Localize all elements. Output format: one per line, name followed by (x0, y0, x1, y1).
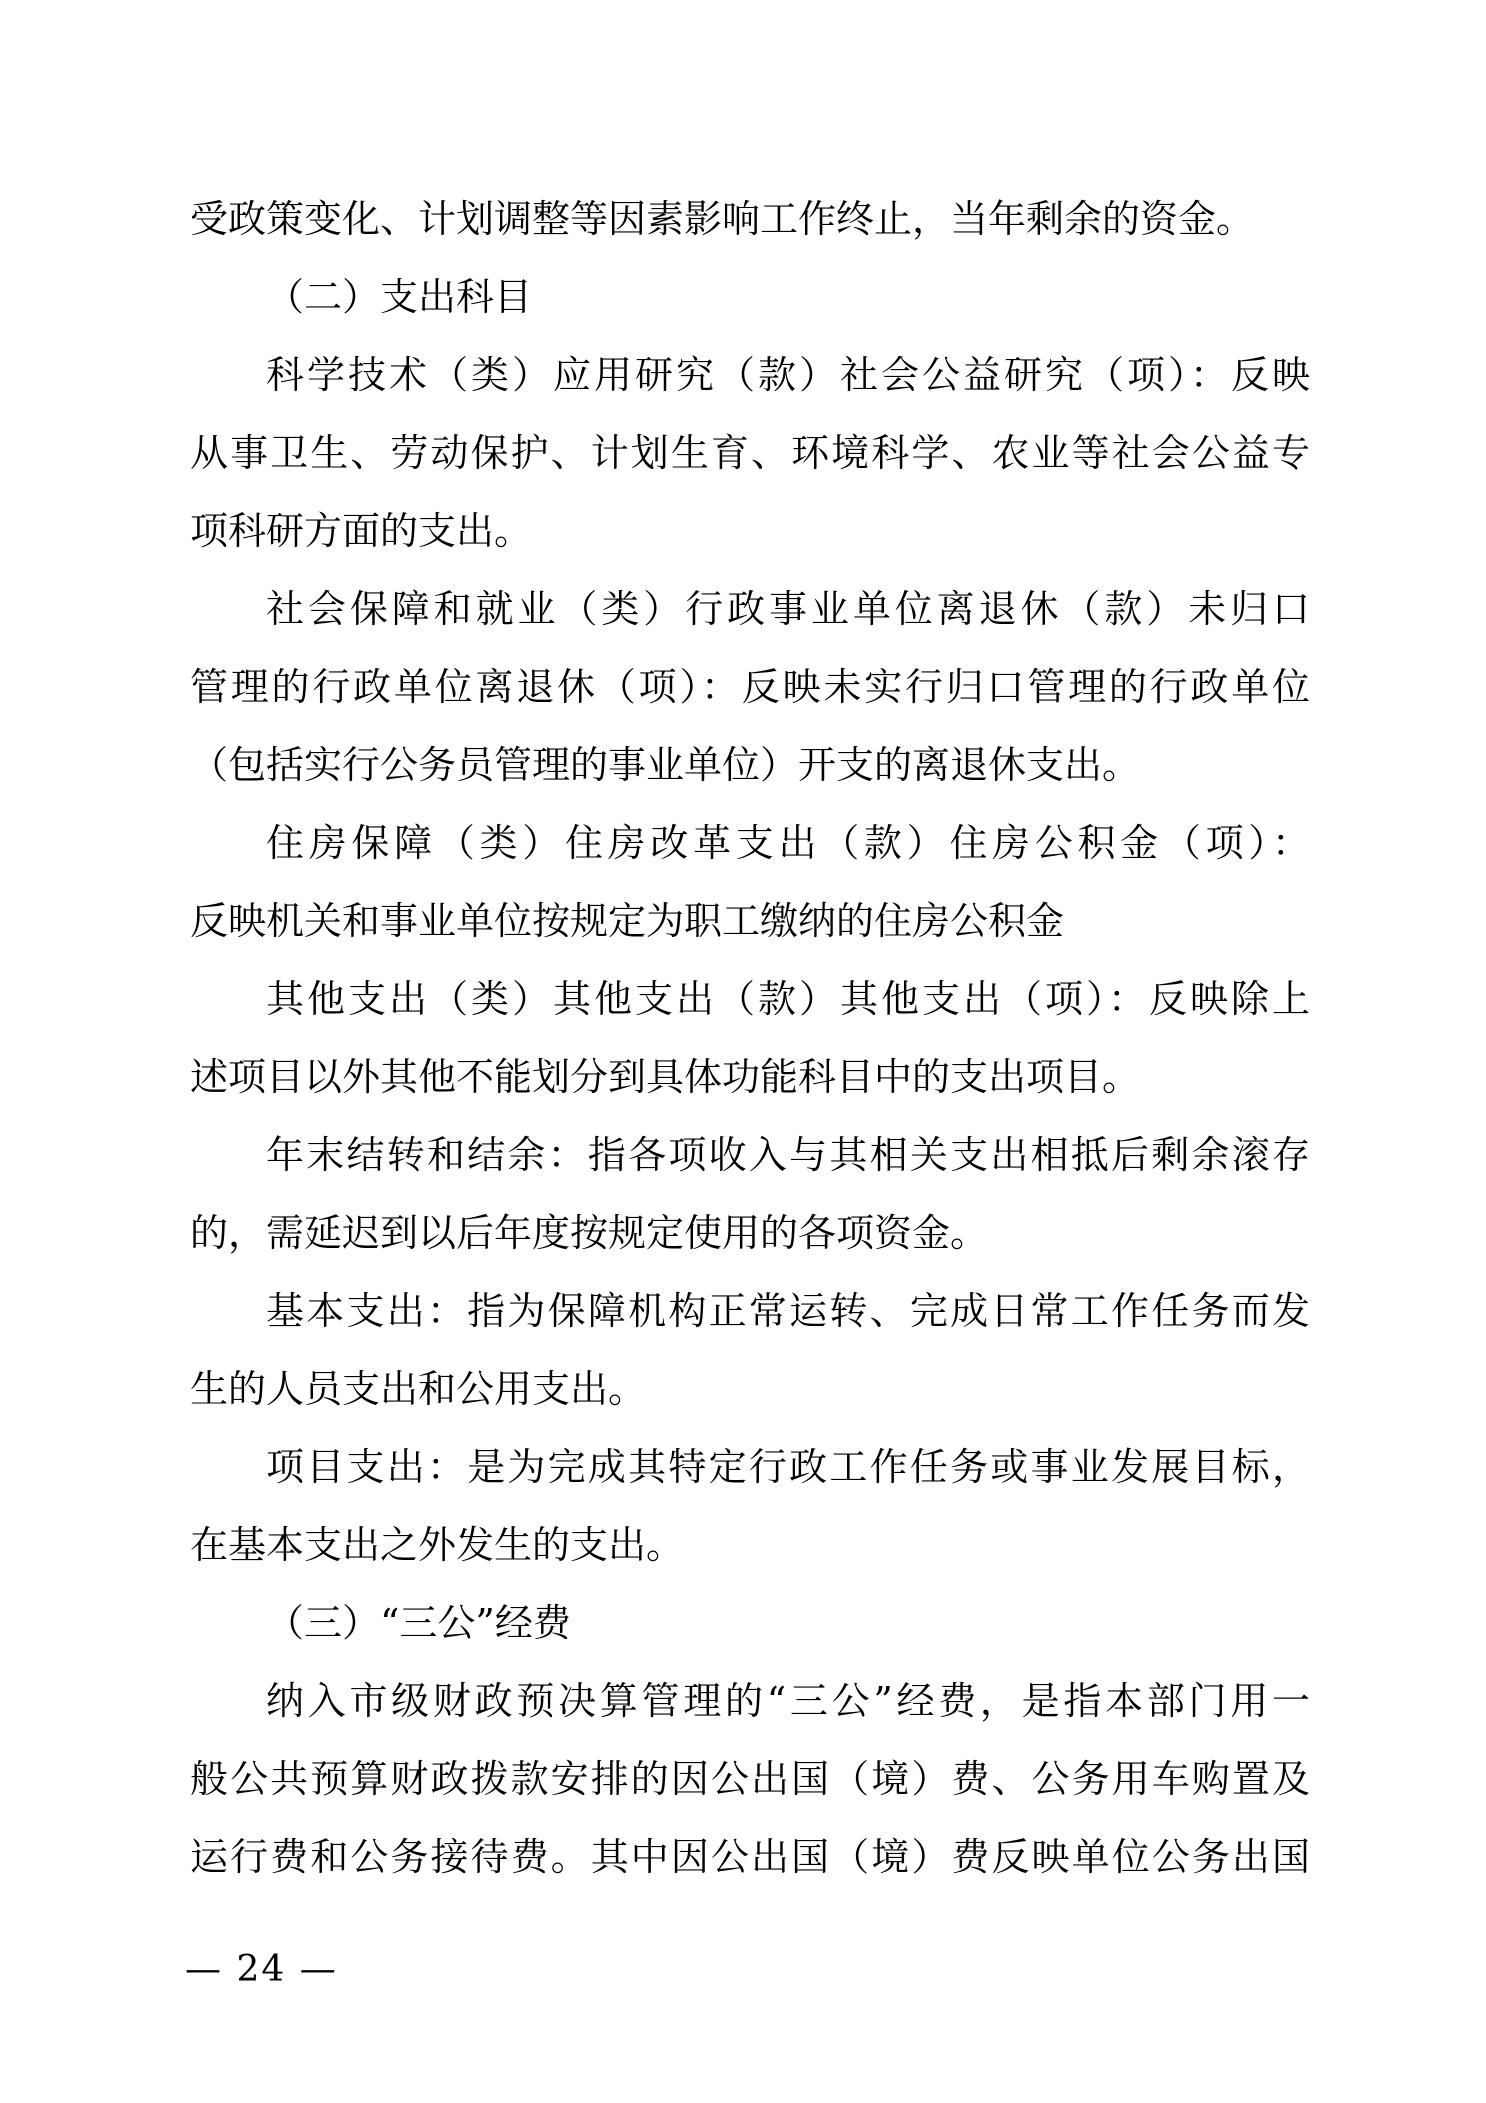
document-body: 受政策变化、计划调整等因素影响工作终止，当年剩余的资金。（二）支出科目科学技术（… (190, 180, 1310, 1896)
text-line: 管理的行政单位离退休（项）：反映未实行归口管理的行政单位 (190, 648, 1310, 726)
text-line: （三）“三公”经费 (190, 1584, 1310, 1662)
text-line: 基本支出：指为保障机构正常运转、完成日常工作任务而发 (190, 1272, 1310, 1350)
page-number: — 24 — (185, 1948, 338, 1992)
text-line: 般公共预算财政拨款安排的因公出国（境）费、公务用车购置及 (190, 1740, 1310, 1818)
text-line: （二）支出科目 (190, 258, 1310, 336)
text-line: 纳入市级财政预决算管理的“三公”经费，是指本部门用一 (190, 1662, 1310, 1740)
text-line: 生的人员支出和公用支出。 (190, 1350, 1310, 1428)
text-line: （包括实行公务员管理的事业单位）开支的离退休支出。 (190, 726, 1310, 804)
text-line: 的，需延迟到以后年度按规定使用的各项资金。 (190, 1194, 1310, 1272)
text-line: 住房保障（类）住房改革支出（款）住房公积金（项）： (190, 804, 1310, 882)
text-line: 从事卫生、劳动保护、计划生育、环境科学、农业等社会公益专 (190, 414, 1310, 492)
text-line: 年末结转和结余：指各项收入与其相关支出相抵后剩余滚存 (190, 1116, 1310, 1194)
text-line: 受政策变化、计划调整等因素影响工作终止，当年剩余的资金。 (190, 180, 1310, 258)
text-line: 社会保障和就业（类）行政事业单位离退休（款）未归口 (190, 570, 1310, 648)
text-line: 运行费和公务接待费。其中因公出国（境）费反映单位公务出国 (190, 1818, 1310, 1896)
text-line: 科学技术（类）应用研究（款）社会公益研究（项）：反映 (190, 336, 1310, 414)
text-line: 项目支出：是为完成其特定行政工作任务或事业发展目标， (190, 1428, 1310, 1506)
text-line: 项科研方面的支出。 (190, 492, 1310, 570)
text-line: 其他支出（类）其他支出（款）其他支出（项）：反映除上 (190, 960, 1310, 1038)
document-page: 受政策变化、计划调整等因素影响工作终止，当年剩余的资金。（二）支出科目科学技术（… (0, 0, 1486, 2103)
text-line: 在基本支出之外发生的支出。 (190, 1506, 1310, 1584)
text-line: 述项目以外其他不能划分到具体功能科目中的支出项目。 (190, 1038, 1310, 1116)
text-line: 反映机关和事业单位按规定为职工缴纳的住房公积金 (190, 882, 1310, 960)
